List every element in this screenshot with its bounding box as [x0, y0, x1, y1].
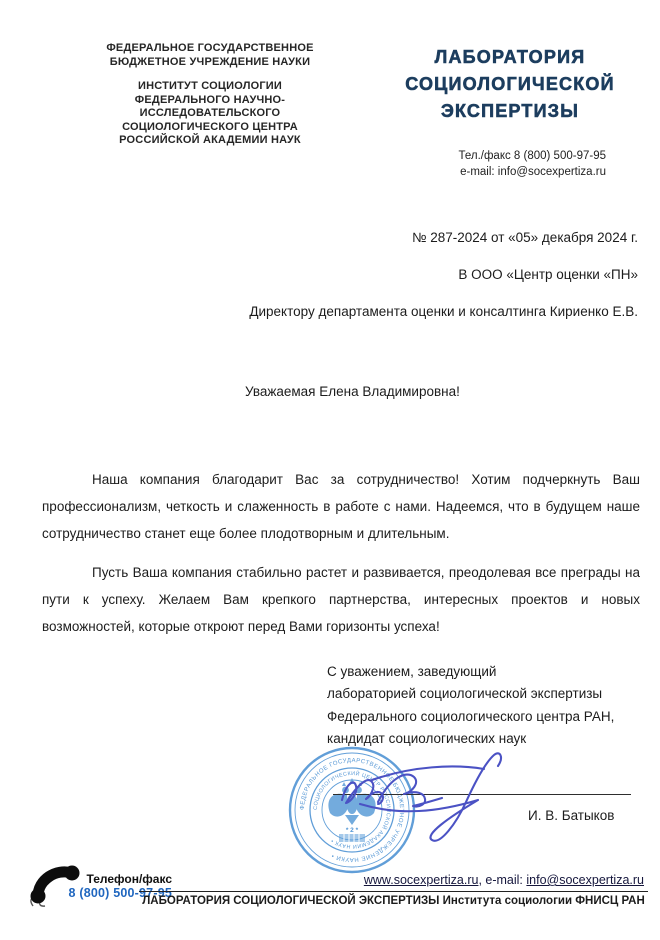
- institution-line: ИССЛЕДОВАТЕЛЬСКОГО: [58, 107, 362, 121]
- closing-line: лабораторией социологической экспертизы: [327, 683, 647, 705]
- footer-links: www.socexpertiza.ru, e-mail: info@socexp…: [364, 873, 644, 887]
- institution-line: ИНСТИТУТ СОЦИОЛОГИИ: [58, 80, 362, 94]
- institution-block: ФЕДЕРАЛЬНОЕ ГОСУДАРСТВЕННОЕ БЮДЖЕТНОЕ УЧ…: [58, 42, 362, 148]
- footer-rule: [139, 891, 648, 892]
- header-phone-fax: Тел./факс 8 (800) 500-97-95: [388, 148, 606, 164]
- closing-line: Федерального социологического центра РАН…: [327, 706, 647, 728]
- lab-logo: ЛАБОРАТОРИЯ СОЦИОЛОГИЧЕСКОЙ ЭКСПЕРТИЗЫ: [388, 44, 632, 125]
- salutation: Уважаемая Елена Владимировна!: [245, 384, 460, 399]
- letter-number-date: № 287-2024 от «05» декабря 2024 г.: [412, 230, 638, 245]
- logo-line: ЛАБОРАТОРИЯ: [388, 44, 632, 71]
- letter-page: ФЕДЕРАЛЬНОЕ ГОСУДАРСТВЕННОЕ БЮДЖЕТНОЕ УЧ…: [0, 0, 660, 940]
- header-contacts: Тел./факс 8 (800) 500-97-95 e-mail: info…: [388, 148, 606, 180]
- footer-phone-label: Телефон/факс: [52, 872, 172, 886]
- footer-organization-caption: ЛАБОРАТОРИЯ СОЦИОЛОГИЧЕСКОЙ ЭКСПЕРТИЗЫ И…: [139, 895, 648, 907]
- closing-line: С уважением, заведующий: [327, 661, 647, 683]
- institution-line: РОССИЙСКОЙ АКАДЕМИИ НАУК: [58, 134, 362, 148]
- logo-line: ЭКСПЕРТИЗЫ: [388, 98, 632, 125]
- institution-line: СОЦИОЛОГИЧЕСКОГО ЦЕНТРА: [58, 121, 362, 135]
- spacer: [58, 69, 362, 80]
- footer-links-separator: , e-mail:: [478, 873, 526, 887]
- closing-block: С уважением, заведующий лабораторией соц…: [327, 661, 647, 751]
- addressee-person: Директору департамента оценки и консалти…: [249, 304, 638, 319]
- institution-line: БЮДЖЕТНОЕ УЧРЕЖДЕНИЕ НАУКИ: [58, 56, 362, 70]
- email-link[interactable]: info@socexpertiza.ru: [526, 873, 644, 887]
- handwritten-signature: [326, 740, 636, 845]
- website-link[interactable]: www.socexpertiza.ru: [364, 873, 479, 887]
- institution-line: ФЕДЕРАЛЬНОЕ ГОСУДАРСТВЕННОЕ: [58, 42, 362, 56]
- logo-line: СОЦИОЛОГИЧЕСКОЙ: [388, 71, 632, 98]
- addressee-organization: В ООО «Центр оценки «ПН»: [458, 267, 638, 282]
- body-paragraph-2: Пусть Ваша компания стабильно растет и р…: [42, 559, 640, 640]
- header-email: e-mail: info@socexpertiza.ru: [388, 164, 606, 180]
- institution-line: ФЕДЕРАЛЬНОГО НАУЧНО-: [58, 94, 362, 108]
- body-paragraph-1: Наша компания благодарит Вас за сотрудни…: [42, 466, 640, 547]
